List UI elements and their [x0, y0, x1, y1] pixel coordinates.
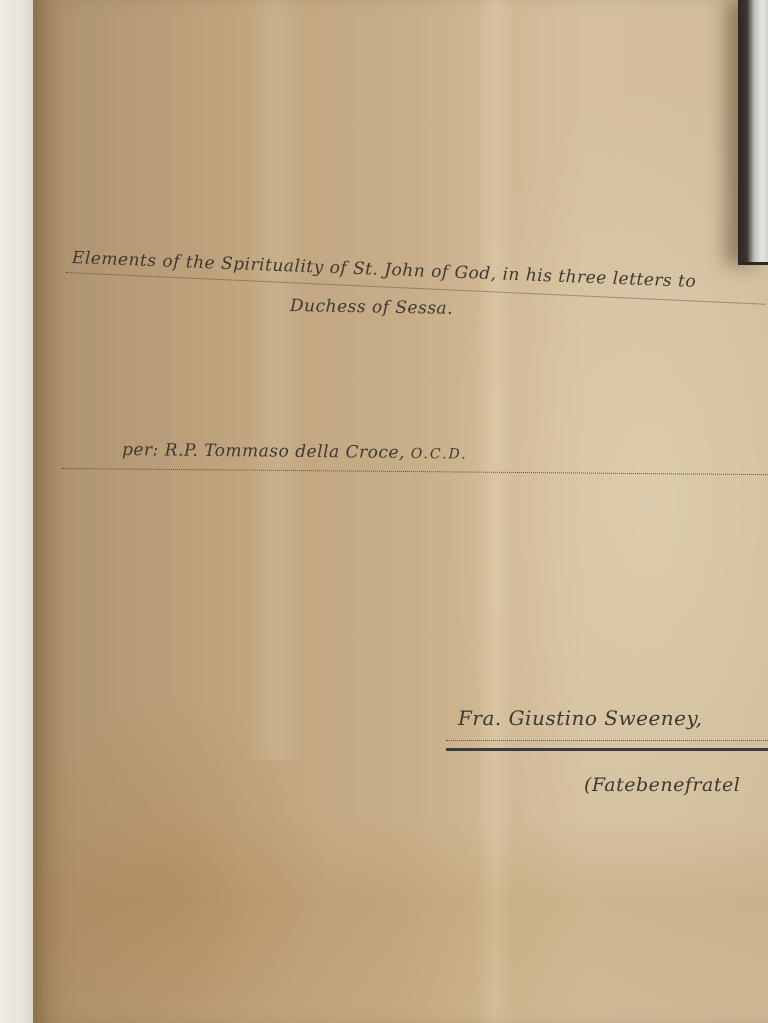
signature-dotted-rule	[446, 740, 768, 741]
photo-scene: Elements of the Spirituality of St. John…	[0, 0, 768, 1023]
left-margin-paper	[0, 0, 34, 1023]
bottom-discoloration	[33, 820, 768, 1023]
title-line-2: Duchess of Sessa.	[290, 296, 453, 319]
signature-name: Fra. Giustino Sweeney,	[458, 706, 703, 730]
signature-underline	[446, 748, 768, 751]
author-name: per: R.P. Tommaso della Croce,	[122, 440, 405, 463]
signature-affiliation: (Fatebenefratel	[584, 774, 740, 796]
water-stain	[245, 0, 305, 760]
binder-clip	[738, 0, 768, 265]
author-line: per: R.P. Tommaso della Croce, O.C.D.	[122, 440, 468, 464]
author-order: O.C.D.	[411, 446, 468, 463]
